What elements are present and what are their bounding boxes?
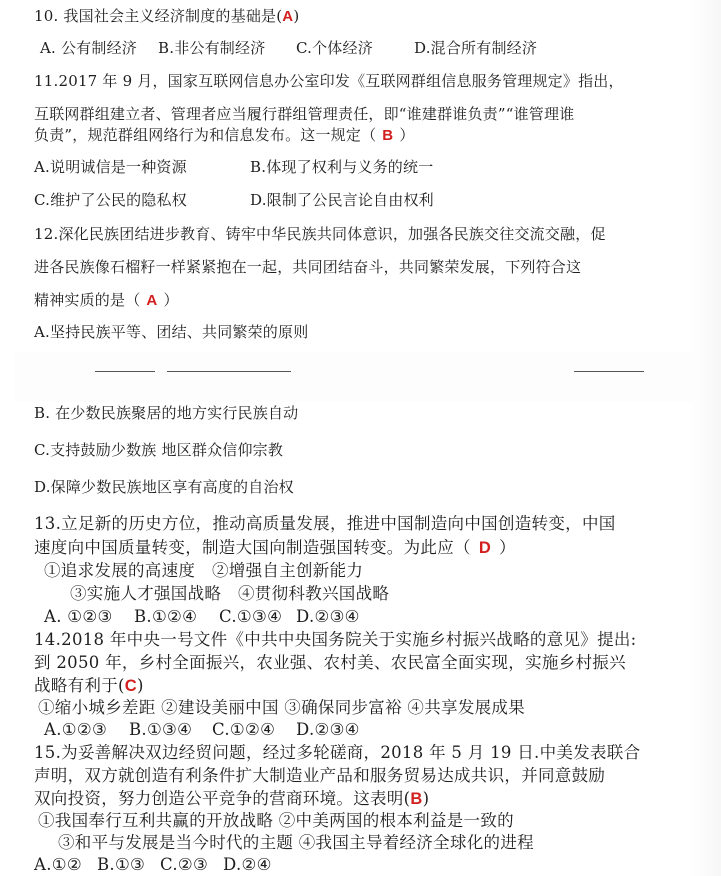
question-11-text: 负责”，规范群组网络行为和信息发布。这一规定（ bbox=[34, 126, 376, 144]
question-11-line-2: 互联网群组建立者、管理者应当履行群组管理责任，即“谁建群谁负责”“谁管理谁 bbox=[34, 104, 574, 124]
question-10-stem: 10. 我国社会主义经济制度的基础是(A) bbox=[34, 6, 299, 27]
option-c: C.①③④ bbox=[219, 607, 282, 627]
question-12-line-3: 精神实质的是（A） bbox=[34, 290, 179, 311]
question-15-answer: B bbox=[410, 790, 422, 808]
option-c: C.维护了公民的隐私权 bbox=[34, 190, 187, 210]
option-a: A.说明诚信是一种资源 bbox=[34, 157, 187, 177]
option-a: A. 公有制经济 bbox=[40, 38, 137, 58]
question-10-text: 10. 我国社会主义经济制度的基础是( bbox=[34, 7, 282, 25]
option-c: C.个体经济 bbox=[296, 38, 373, 58]
question-13-line-2: 速度向中国质量转变，制造大国向制造强国转变。为此应（D） bbox=[34, 538, 516, 558]
question-14-text: 战略有利于( bbox=[34, 676, 125, 695]
question-12-close: ） bbox=[163, 291, 178, 309]
question-14-line-1: 14.2018 年中央一号文件《中共中央国务院关于实施乡村振兴战略的意见》提出: bbox=[34, 630, 637, 650]
divider-line bbox=[574, 371, 644, 372]
question-12-option-a: A.坚持民族平等、团结、共同繁荣的原则 bbox=[34, 322, 308, 342]
option-d: D.混合所有制经济 bbox=[414, 38, 537, 58]
question-14-items: ①缩小城乡差距 ②建设美丽中国 ③确保同步富裕 ④共享发展成果 bbox=[38, 698, 525, 718]
question-13-items-2: ③实施人才强国战略 ④贯彻科教兴国战略 bbox=[70, 584, 389, 604]
question-13-answer: D bbox=[471, 539, 499, 557]
question-14-line-2: 到 2050 年，乡村全面振兴，农业强、农村美、农民富全面实现，实施乡村振兴 bbox=[34, 653, 626, 673]
option-d: D.限制了公民言论自由权利 bbox=[250, 190, 434, 210]
question-12-text: 精神实质的是（ bbox=[34, 291, 140, 309]
option-b: B.体现了权利与义务的统一 bbox=[250, 157, 433, 177]
question-12-option-c: C.支持鼓励少数族 地区群众信仰宗教 bbox=[34, 440, 283, 460]
question-14-close: ) bbox=[137, 676, 144, 695]
option-d: D.②③④ bbox=[296, 720, 360, 740]
question-11-answer: B bbox=[376, 127, 399, 144]
question-15-line-1: 15.为妥善解决双边经贸问题，经过多轮磋商，2018 年 5 月 19 日.中美… bbox=[34, 743, 640, 763]
question-15-text: 双向投资，努力创造公平竞争的营商环境。这表明( bbox=[34, 789, 410, 808]
divider-line bbox=[95, 371, 155, 372]
question-15-line-3: 双向投资，努力创造公平竞争的营商环境。这表明(B) bbox=[34, 789, 429, 809]
question-12-answer: A bbox=[140, 292, 163, 309]
page-edge-shadow bbox=[689, 0, 721, 876]
question-11-line-1: 11.2017 年 9 月，国家互联网信息办公室印发《互联网群组信息服务管理规定… bbox=[34, 71, 624, 91]
question-11-line-3: 负责”，规范群组网络行为和信息发布。这一规定（B） bbox=[34, 125, 415, 146]
option-c: C.①②④ bbox=[212, 720, 275, 740]
question-15-line-2: 声明，双方就创造有利条件扩大制造业产品和服务贸易达成共识，并同意鼓励 bbox=[34, 766, 605, 786]
option-b: B.①③④ bbox=[129, 720, 192, 740]
question-13-line-1: 13.立足新的历史方位，推动高质量发展，推进中国制造向中国创造转变，中国 bbox=[34, 514, 616, 534]
option-b: B.①③ bbox=[97, 855, 145, 875]
exam-page: 10. 我国社会主义经济制度的基础是(A) A. 公有制经济 B.非公有制经济 … bbox=[0, 0, 721, 876]
question-14-line-3: 战略有利于(C) bbox=[34, 676, 144, 696]
question-12-option-d: D.保障少数民族地区享有高度的自治权 bbox=[34, 477, 294, 497]
question-13-items-1: ①追求发展的高速度 ②增强自主创新能力 bbox=[44, 561, 363, 581]
option-a: A.①②③ bbox=[44, 720, 107, 740]
option-a: A.①② bbox=[34, 855, 82, 875]
question-15-close: ) bbox=[423, 789, 430, 808]
question-15-items-2: ③和平与发展是当今时代的主题 ④我国主导着经济全球化的进程 bbox=[58, 833, 534, 853]
question-12-option-b: B. 在少数民族聚居的地方实行民族自动 bbox=[34, 403, 298, 423]
option-c: C.②③ bbox=[160, 855, 208, 875]
divider-line bbox=[167, 371, 291, 372]
option-a: A. ①②③ bbox=[44, 607, 113, 627]
question-13-text: 速度向中国质量转变，制造大国向制造强国转变。为此应（ bbox=[34, 538, 471, 557]
option-b: B.①②④ bbox=[134, 607, 197, 627]
question-13-close: ） bbox=[499, 538, 516, 557]
question-10-close: ) bbox=[293, 7, 299, 25]
option-b: B.非公有制经济 bbox=[158, 38, 265, 58]
question-12-line-2: 进各民族像石榴籽一样紧紧抱在一起，共同团结奋斗，共同繁荣发展，下列符合这 bbox=[34, 257, 581, 277]
option-d: D.②④ bbox=[223, 855, 272, 875]
scan-overlay-band bbox=[14, 352, 694, 402]
question-15-items-1: ①我国奉行互利共赢的开放战略 ②中美两国的根本利益是一致的 bbox=[38, 811, 514, 831]
question-12-line-1: 12.深化民族团结进步教育、铸牢中华民族共同体意识，加强各民族交往交流交融，促 bbox=[34, 224, 606, 244]
question-10-answer: A bbox=[282, 8, 293, 25]
question-11-close: ） bbox=[399, 126, 414, 144]
option-d: D.②③④ bbox=[296, 607, 360, 627]
question-14-answer: C bbox=[125, 677, 137, 695]
